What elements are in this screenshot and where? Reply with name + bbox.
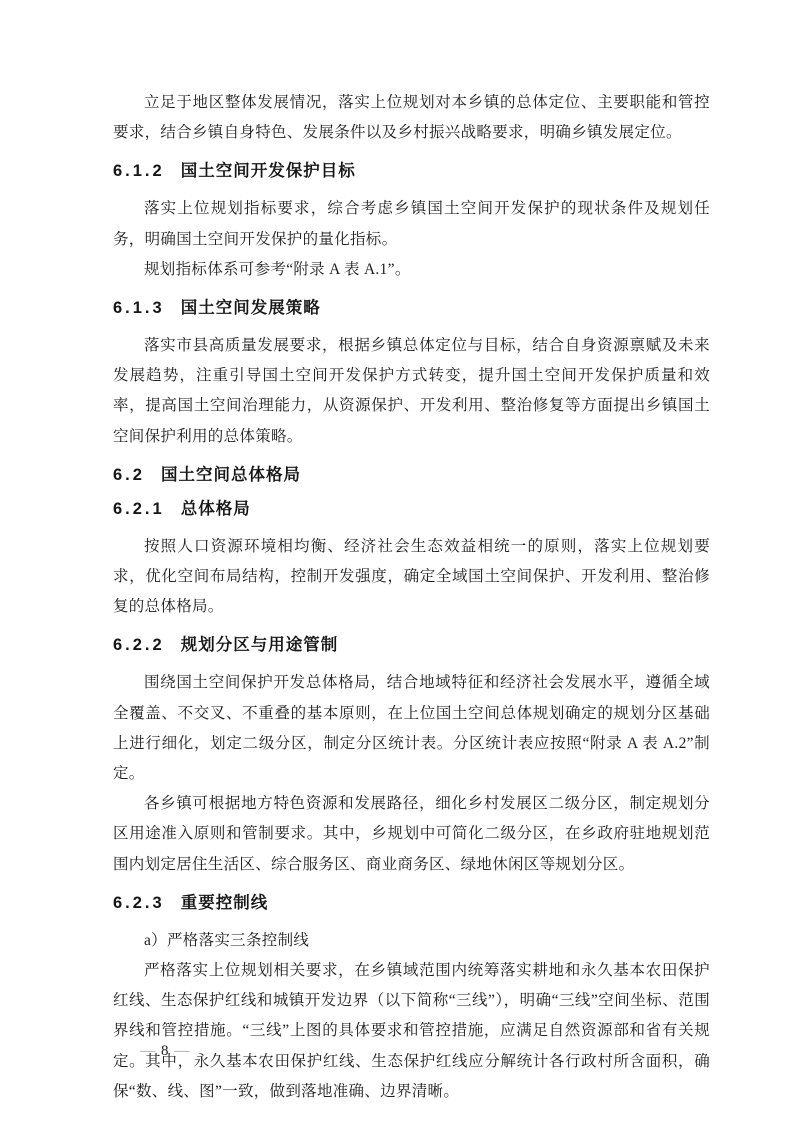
page-number: 8 — [161, 1043, 171, 1059]
section-number: 6.2.2 — [113, 636, 165, 654]
section-number: 6.2 — [113, 466, 145, 484]
section-title: 国土空间发展策略 — [181, 299, 321, 317]
section-title: 国土空间开发保护目标 — [181, 162, 356, 180]
paragraph-zoning-rules: 围绕国土空间保护开发总体格局，结合地域特征和经济社会发展水平，遵循全域全覆盖、不… — [113, 668, 710, 789]
paragraph-development-strategy: 落实市县高质量发展要求，根据乡镇总体定位与目标，结合自身资源禀赋及未来发展趋势，… — [113, 331, 710, 452]
paragraph-protection-targets: 落实上位规划指标要求，综合考虑乡镇国土空间开发保护的现状条件及规划任务，明确国土… — [113, 194, 710, 254]
document-page: 立足于地区整体发展情况，落实上位规划对本乡镇的总体定位、主要职能和管控要求，结合… — [0, 0, 793, 1122]
paragraph-development-positioning: 立足于地区整体发展情况，落实上位规划对本乡镇的总体定位、主要职能和管控要求，结合… — [113, 88, 710, 148]
paragraph-three-lines-control: 严格落实上位规划相关要求，在乡镇域范围内统筹落实耕地和永久基本农田保护红线、生态… — [113, 956, 710, 1107]
section-title: 国土空间总体格局 — [161, 466, 301, 484]
section-number: 6.2.3 — [113, 894, 165, 912]
section-title: 规划分区与用途管制 — [181, 636, 339, 654]
footer-dash-left: — — [140, 1043, 157, 1059]
section-number: 6.1.2 — [113, 162, 165, 180]
section-title: 总体格局 — [181, 500, 251, 518]
section-heading-6-1-2: 6.1.2国土空间开发保护目标 — [113, 160, 710, 182]
paragraph-overall-pattern: 按照人口资源环境相均衡、经济社会生态效益相统一的原则，落实上位规划要求，优化空间… — [113, 532, 710, 623]
footer-dash-right: — — [175, 1043, 192, 1059]
section-title: 重要控制线 — [181, 894, 269, 912]
page-footer: —8— — [136, 1042, 196, 1060]
section-heading-6-1-3: 6.1.3国土空间发展策略 — [113, 297, 710, 319]
paragraph-indicator-reference: 规划指标体系可参考“附录 A 表 A.1”。 — [113, 255, 710, 285]
list-item-a-control-lines: a）严格落实三条控制线 — [113, 926, 710, 956]
section-heading-6-2-1: 6.2.1总体格局 — [113, 498, 710, 520]
section-number: 6.2.1 — [113, 500, 165, 518]
document-content: 立足于地区整体发展情况，落实上位规划对本乡镇的总体定位、主要职能和管控要求，结合… — [113, 88, 710, 1107]
section-heading-6-2-3: 6.2.3重要控制线 — [113, 892, 710, 914]
section-heading-6-2-2: 6.2.2规划分区与用途管制 — [113, 634, 710, 656]
paragraph-township-zoning: 各乡镇可根据地方特色资源和发展路径，细化乡村发展区二级分区，制定规划分区用途准入… — [113, 789, 710, 880]
section-heading-6-2: 6.2国土空间总体格局 — [113, 464, 710, 486]
section-number: 6.1.3 — [113, 299, 165, 317]
